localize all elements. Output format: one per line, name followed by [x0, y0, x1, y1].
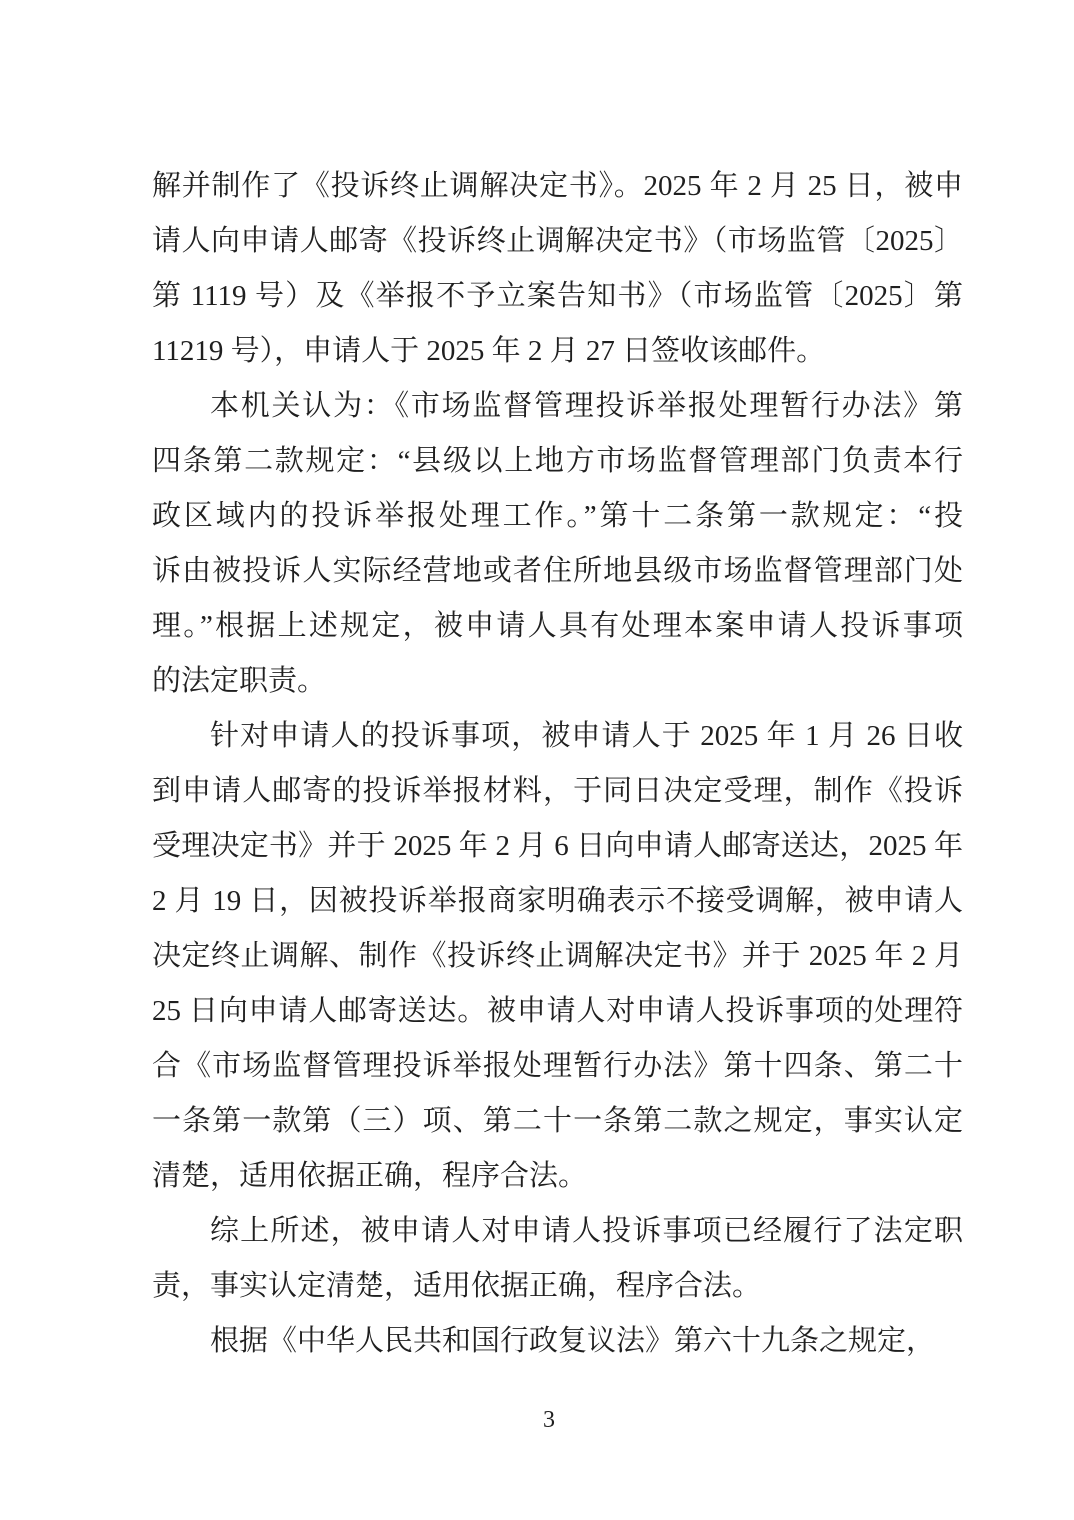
document-body: 解并制作了《投诉终止调解决定书》。2025 年 2 月 25 日，被申 请人向申…: [152, 159, 963, 1369]
text-line: 2 月 19 日，因被投诉举报商家明确表示不接受调解，被申请人: [152, 874, 963, 929]
text-line: 25 日向申请人邮寄送达。被申请人对申请人投诉事项的处理符: [152, 984, 963, 1039]
text-line: 责，事实认定清楚，适用依据正确，程序合法。: [152, 1259, 963, 1314]
text-line: 决定终止调解、制作《投诉终止调解决定书》并于 2025 年 2 月: [152, 929, 963, 984]
page-footer: 3: [543, 1405, 555, 1435]
text-line: 第 1119 号）及《举报不予立案告知书》（市场监管〔2025〕第: [152, 269, 963, 324]
text-line: 理。”根据上述规定，被申请人具有处理本案申请人投诉事项: [152, 599, 963, 654]
text-line: 解并制作了《投诉终止调解决定书》。2025 年 2 月 25 日，被申: [152, 159, 963, 214]
text-line: 四条第二款规定：“县级以上地方市场监督管理部门负责本行: [152, 434, 963, 489]
text-line: 根据《中华人民共和国行政复议法》第六十九条之规定，: [152, 1314, 963, 1369]
text-line: 政区域内的投诉举报处理工作。”第十二条第一款规定：“投: [152, 489, 963, 544]
text-line: 综上所述，被申请人对申请人投诉事项已经履行了法定职: [152, 1204, 963, 1259]
text-line: 请人向申请人邮寄《投诉终止调解决定书》（市场监管〔2025〕: [152, 214, 963, 269]
text-line: 诉由被投诉人实际经营地或者住所地县级市场监督管理部门处: [152, 544, 963, 599]
text-line: 的法定职责。: [152, 654, 963, 709]
text-line: 受理决定书》并于 2025 年 2 月 6 日向申请人邮寄送达，2025 年: [152, 819, 963, 874]
text-line: 到申请人邮寄的投诉举报材料，于同日决定受理，制作《投诉: [152, 764, 963, 819]
text-line: 针对申请人的投诉事项，被申请人于 2025 年 1 月 26 日收: [152, 709, 963, 764]
text-line: 清楚，适用依据正确，程序合法。: [152, 1149, 963, 1204]
page-number: 3: [543, 1407, 555, 1433]
text-line: 本机关认为：《市场监督管理投诉举报处理暂行办法》第: [152, 379, 963, 434]
text-line: 11219 号），申请人于 2025 年 2 月 27 日签收该邮件。: [152, 324, 963, 379]
text-line: 一条第一款第（三）项、第二十一条第二款之规定，事实认定: [152, 1094, 963, 1149]
text-line: 合《市场监督管理投诉举报处理暂行办法》第十四条、第二十: [152, 1039, 963, 1094]
document-page: 解并制作了《投诉终止调解决定书》。2025 年 2 月 25 日，被申 请人向申…: [0, 0, 1074, 1520]
